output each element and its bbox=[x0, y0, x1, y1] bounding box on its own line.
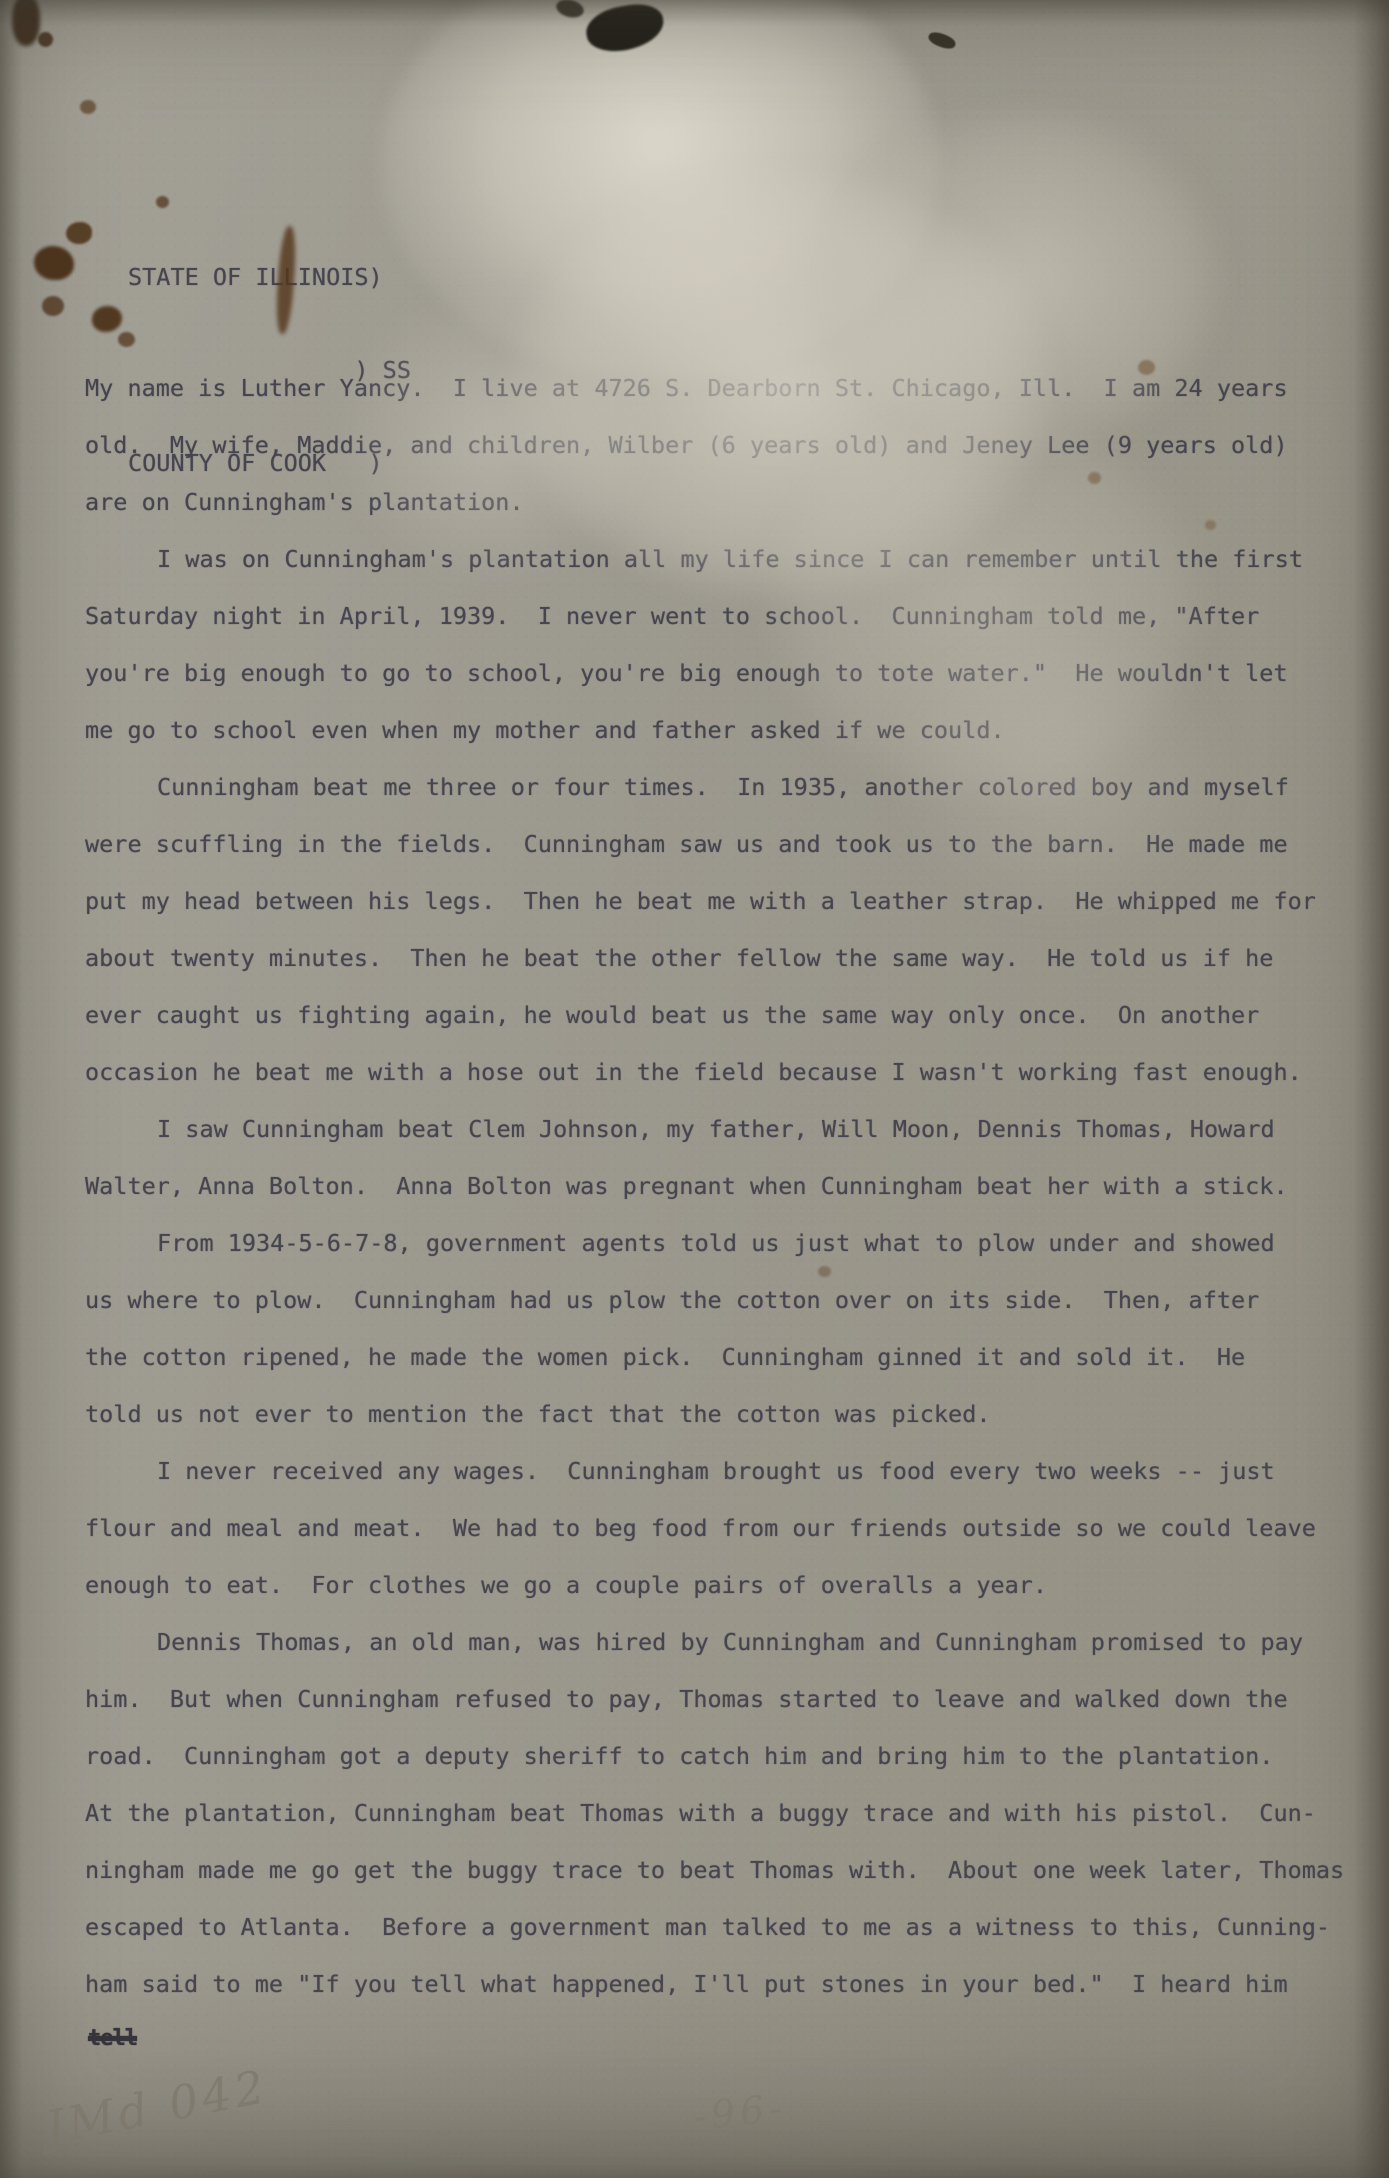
text-line: you're big enough to go to school, you'r… bbox=[85, 645, 1344, 702]
text-line: flour and meal and meat. We had to beg f… bbox=[85, 1500, 1344, 1557]
text-line: enough to eat. For clothes we go a coupl… bbox=[85, 1557, 1344, 1614]
document-body: My name is Luther Yancy. I live at 4726 … bbox=[85, 360, 1344, 2013]
text-line: ningham made me go get the buggy trace t… bbox=[85, 1842, 1344, 1899]
text-line: Walter, Anna Bolton. Anna Bolton was pre… bbox=[85, 1158, 1344, 1215]
text-line: Cunningham beat me three or four times. … bbox=[85, 759, 1344, 816]
text-line: Dennis Thomas, an old man, was hired by … bbox=[85, 1614, 1344, 1671]
text-line: I never received any wages. Cunningham b… bbox=[85, 1443, 1344, 1500]
caption-state-line: STATE OF ILLINOIS) bbox=[128, 262, 411, 293]
text-line: him. But when Cunningham refused to pay,… bbox=[85, 1671, 1344, 1728]
ink-blot bbox=[583, 0, 667, 56]
corner-stain bbox=[12, 0, 40, 46]
corner-stain bbox=[38, 32, 53, 47]
struck-out-word: tell bbox=[88, 2026, 137, 2051]
text-line: are on Cunningham's plantation. bbox=[85, 474, 1344, 531]
text-line: occasion he beat me with a hose out in t… bbox=[85, 1044, 1344, 1101]
water-stain bbox=[380, 0, 940, 380]
brown-spot bbox=[34, 246, 74, 280]
page-edge-shadow bbox=[0, 0, 1389, 26]
ink-blot bbox=[554, 0, 585, 20]
text-line: escaped to Atlanta. Before a government … bbox=[85, 1899, 1344, 1956]
text-line: Saturday night in April, 1939. I never w… bbox=[85, 588, 1344, 645]
text-line: road. Cunningham got a deputy sheriff to… bbox=[85, 1728, 1344, 1785]
text-line: ham said to me "If you tell what happene… bbox=[85, 1956, 1344, 2013]
text-line: From 1934-5-6-7-8, government agents tol… bbox=[85, 1215, 1344, 1272]
text-line: me go to school even when my mother and … bbox=[85, 702, 1344, 759]
text-line: I saw Cunningham beat Clem Johnson, my f… bbox=[85, 1101, 1344, 1158]
text-line: put my head between his legs. Then he be… bbox=[85, 873, 1344, 930]
page-edge-shadow bbox=[1353, 0, 1389, 2178]
text-line: My name is Luther Yancy. I live at 4726 … bbox=[85, 360, 1344, 417]
text-line: about twenty minutes. Then he beat the o… bbox=[85, 930, 1344, 987]
handwritten-page-number: -96- bbox=[691, 2085, 789, 2139]
text-line: told us not ever to mention the fact tha… bbox=[85, 1386, 1344, 1443]
text-line: old. My wife, Maddie, and children, Wilb… bbox=[85, 417, 1344, 474]
text-line: I was on Cunningham's plantation all my … bbox=[85, 531, 1344, 588]
ink-mark bbox=[927, 30, 958, 52]
text-line: ever caught us fighting again, he would … bbox=[85, 987, 1344, 1044]
brown-spot bbox=[80, 100, 96, 114]
brown-spot bbox=[42, 296, 64, 316]
page-edge-shadow bbox=[0, 0, 22, 2178]
brown-spot bbox=[92, 306, 122, 332]
text-line: At the plantation, Cunningham beat Thoma… bbox=[85, 1785, 1344, 1842]
scanned-document-page: STATE OF ILLINOIS) ) SS COUNTY OF COOK )… bbox=[0, 0, 1389, 2178]
text-line: were scuffling in the fields. Cunningham… bbox=[85, 816, 1344, 873]
text-line: the cotton ripened, he made the women pi… bbox=[85, 1329, 1344, 1386]
brown-spot bbox=[66, 222, 92, 244]
handwritten-catalog-mark: JMd 042 bbox=[41, 2059, 273, 2155]
text-line: us where to plow. Cunningham had us plow… bbox=[85, 1272, 1344, 1329]
